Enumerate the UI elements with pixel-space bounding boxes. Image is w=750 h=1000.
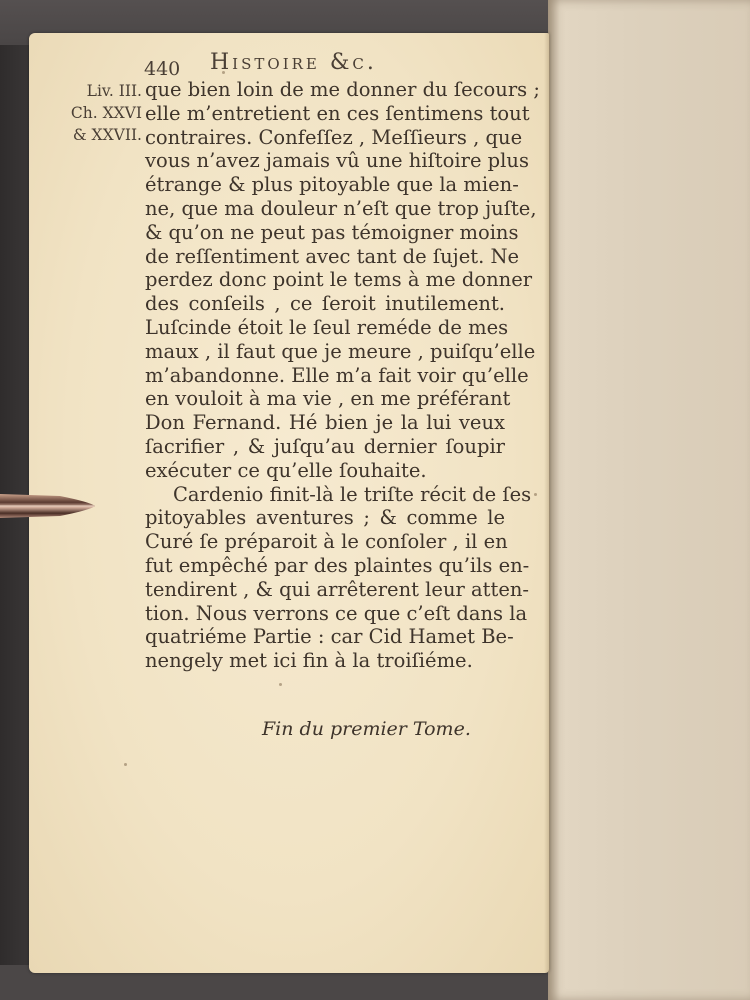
text-line: que bien loin de me donner du ſecours ; <box>145 78 505 102</box>
text-line: des conſeils , ce ſeroit inutilement. <box>145 292 505 316</box>
text-line: m’abandonne. Elle m’a fait voir qu’elle <box>145 364 505 388</box>
text-line: quatriéme Partie : car Cid Hamet Be- <box>145 625 505 649</box>
text-line: elle m’entretient en ces ſentimens tout <box>145 102 505 126</box>
running-title: Histoire &c. <box>210 50 377 75</box>
facing-page <box>548 0 750 1000</box>
foxing-spot <box>279 683 282 686</box>
text-line: Luſcinde étoit le ſeul reméde de mes <box>145 316 505 340</box>
foxing-spot <box>124 763 127 766</box>
text-line: perdez donc point le tems à me donner <box>145 268 505 292</box>
text-line: contraires. Confeſſez , Meſſieurs , que <box>145 126 505 150</box>
text-line: pitoyables aventures ; & comme le <box>145 506 505 530</box>
text-line: tion. Nous verrons ce que c’eſt dans la <box>145 602 505 626</box>
text-line: vous n’avez jamais vû une hiſtoire plus <box>145 149 505 173</box>
margin-note-line: Liv. III. <box>52 80 142 102</box>
text-line: & qu’on ne peut pas témoigner moins <box>145 221 505 245</box>
text-line: Curé ſe préparoit à le conſoler , il en <box>145 530 505 554</box>
margin-chapter-note: Liv. III. Ch. XXVI & XXVII. <box>52 80 142 146</box>
text-line: étrange & plus pitoyable que la mien- <box>145 173 505 197</box>
margin-note-line: Ch. XXVI <box>52 102 142 124</box>
body-text: que bien loin de me donner du ſecours ; … <box>145 78 505 673</box>
running-header: 440 Histoire &c. <box>140 50 520 80</box>
text-line: nengely met ici fin à la troiſiéme. <box>145 649 505 673</box>
text-line: ſacrifier , & juſqu’au dernier ſoupir <box>145 435 505 459</box>
margin-note-line: & XXVII. <box>52 124 142 146</box>
pen-nib-icon <box>0 488 96 524</box>
page-edge-shadow <box>544 33 550 973</box>
text-line: tendirent , & qui arrêterent leur atten- <box>145 578 505 602</box>
page-number: 440 <box>144 58 180 80</box>
colophon: Fin du premier Tome. <box>262 718 471 740</box>
text-line: ne, que ma douleur n’eſt que trop juſte, <box>145 197 505 221</box>
paragraph-start-line: Cardenio finit-là le triſte récit de ſes <box>145 483 505 507</box>
text-line: maux , il faut que je meure , puiſqu’ell… <box>145 340 505 364</box>
text-line: exécuter ce qu’elle ſouhaite. <box>145 459 505 483</box>
text-line: de reſſentiment avec tant de ſujet. Ne <box>145 245 505 269</box>
text-line: fut empêché par des plaintes qu’ils en- <box>145 554 505 578</box>
text-line: en vouloit à ma vie , en me préférant <box>145 387 505 411</box>
foxing-spot <box>534 493 537 496</box>
text-line: Don Fernand. Hé bien je la lui veux <box>145 411 505 435</box>
